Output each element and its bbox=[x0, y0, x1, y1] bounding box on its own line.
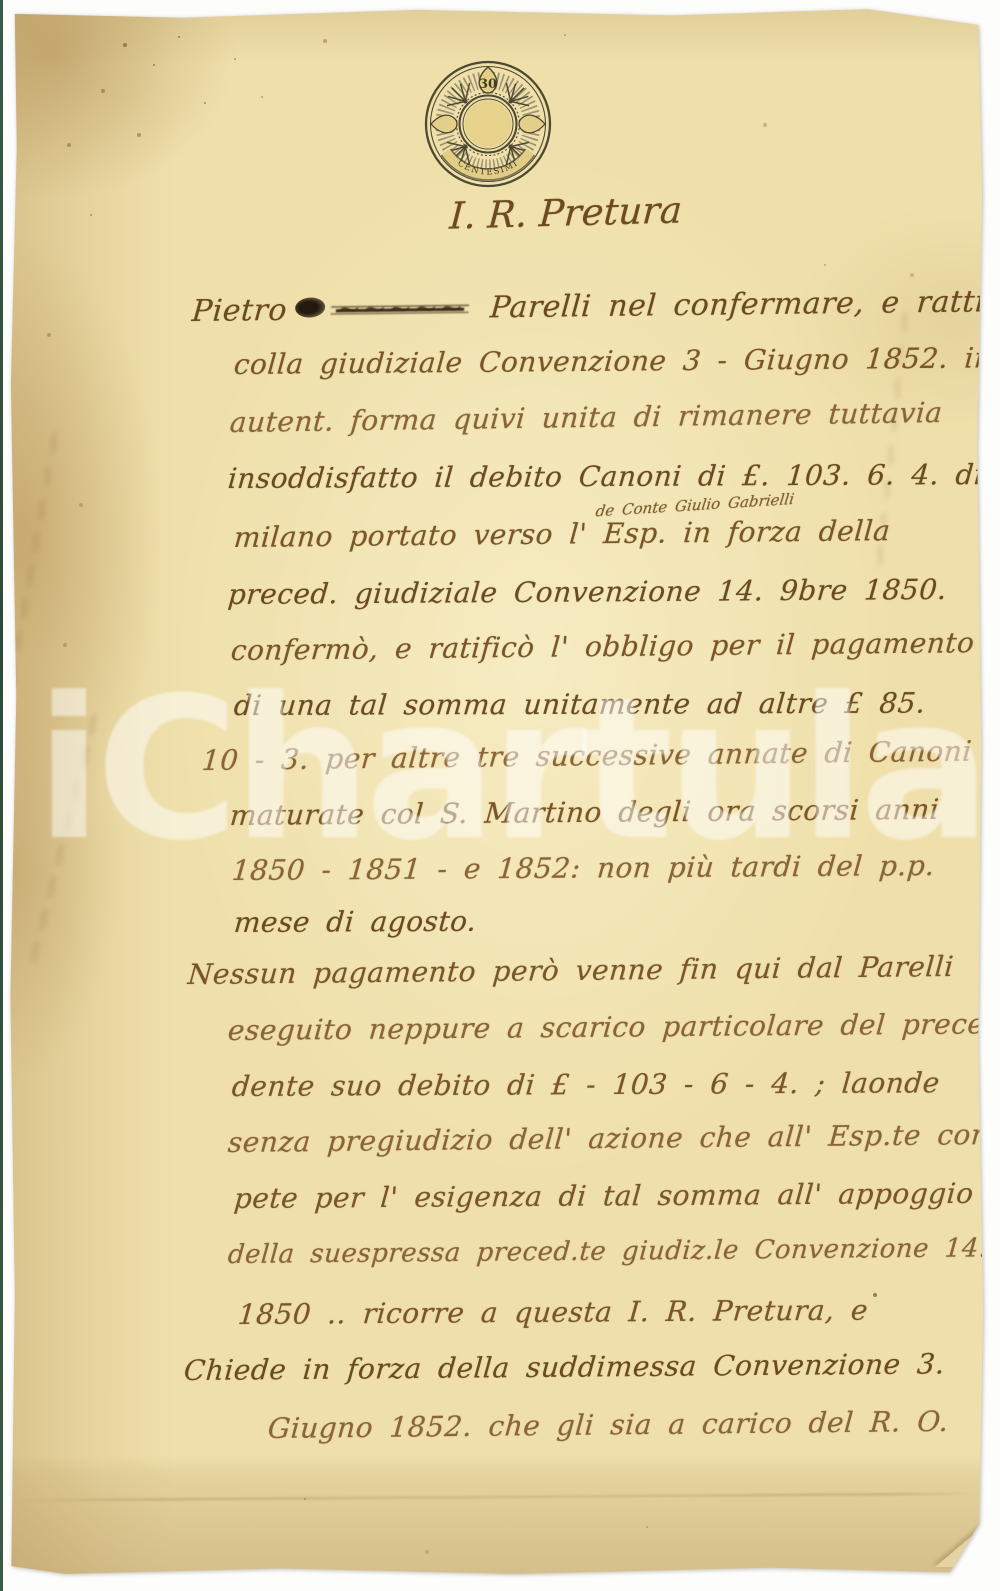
manuscript-line: pete per l' esigenza di tal somma all' a… bbox=[233, 1177, 975, 1215]
manuscript-line: 10 - 3. per altre tre successive annate … bbox=[201, 735, 973, 777]
manuscript-line: preced. giudiziale Convenzione 14. 9bre … bbox=[227, 573, 949, 611]
ghost-bleedthrough: ∼∼∼∼∼∼∼∼ bbox=[11, 706, 115, 976]
ghost-bleedthrough: ∼∼∼∼∼∼∼∼ bbox=[6, 426, 75, 697]
paper-wrapper: ∼∼∼∼∼∼∼∼ ∼∼∼∼∼∼∼∼ ∼∼∼∼∼∼∼∼ bbox=[6, 6, 985, 1577]
ink-blot bbox=[294, 297, 326, 317]
manuscript-line: 1850 - 1851 - e 1852: non più tardi del … bbox=[231, 849, 936, 887]
stamp-center-hole bbox=[465, 101, 512, 148]
struck-out-word: ∼∼∼∼∼ bbox=[330, 291, 471, 328]
line-word: Parelli nel confermare, e rattificare bbox=[489, 283, 985, 325]
manuscript-line: confermò, e ratificò l' obbligo per il p… bbox=[230, 626, 976, 667]
manuscript-line: eseguito neppure a scarico particolare d… bbox=[227, 1007, 985, 1047]
stamp-value: 30 bbox=[479, 77, 497, 92]
dog-ear-fold bbox=[935, 1523, 985, 1567]
manuscript-line: Giugno 1852. che gli sia a carico del R.… bbox=[267, 1405, 950, 1445]
revenue-stamp: 30 CENTESIMI bbox=[422, 58, 554, 190]
manuscript-line: di una tal somma unitamente ad altre £ 8… bbox=[233, 687, 927, 722]
manuscript-line: 1850 .. ricorre a questa I. R. Pretura, … bbox=[237, 1294, 870, 1331]
scan-edge-strip bbox=[0, 0, 3, 1591]
manuscript-line: Nessun pagamento però venne fin qui dal … bbox=[187, 950, 955, 991]
manuscript-line: de Conte Giulio Gabrielli milano portato… bbox=[233, 514, 892, 554]
document-paper: ∼∼∼∼∼∼∼∼ ∼∼∼∼∼∼∼∼ ∼∼∼∼∼∼∼∼ bbox=[6, 6, 985, 1577]
manuscript-line: Pietro∼∼∼∼∼ Parelli nel confermare, e ra… bbox=[191, 283, 985, 329]
manuscript-line: senza pregiudizio dell' azione che all' … bbox=[227, 1118, 985, 1159]
document-heading: I. R. Pretura bbox=[165, 181, 967, 245]
manuscript-line: colla giudiziale Convenzione 3 - Giugno … bbox=[233, 341, 985, 381]
fold-crease bbox=[6, 1493, 985, 1502]
line-word: Pietro bbox=[191, 293, 289, 329]
manuscript-line: della suespressa preced.te giudiz.le Con… bbox=[227, 1233, 985, 1270]
manuscript-line: dente suo debito di £ - 103 - 6 - 4. ; l… bbox=[231, 1066, 942, 1103]
foxing-speckles bbox=[6, 6, 8, 8]
scan-background: ∼∼∼∼∼∼∼∼ ∼∼∼∼∼∼∼∼ ∼∼∼∼∼∼∼∼ bbox=[0, 0, 1000, 1591]
manuscript-line: autent. forma quivi unita di rimanere tu… bbox=[229, 396, 944, 439]
manuscript-line: mese di agosto. bbox=[233, 905, 478, 939]
manuscript-line: Chiede in forza della suddimessa Convenz… bbox=[183, 1347, 946, 1387]
line-word: milano portato verso l' Esp. in forza de… bbox=[233, 514, 892, 554]
manuscript-line: maturate col S. Martino degli ora scorsi… bbox=[229, 793, 941, 832]
manuscript-line: insoddisfatto il debito Canoni di £. 103… bbox=[227, 458, 985, 495]
